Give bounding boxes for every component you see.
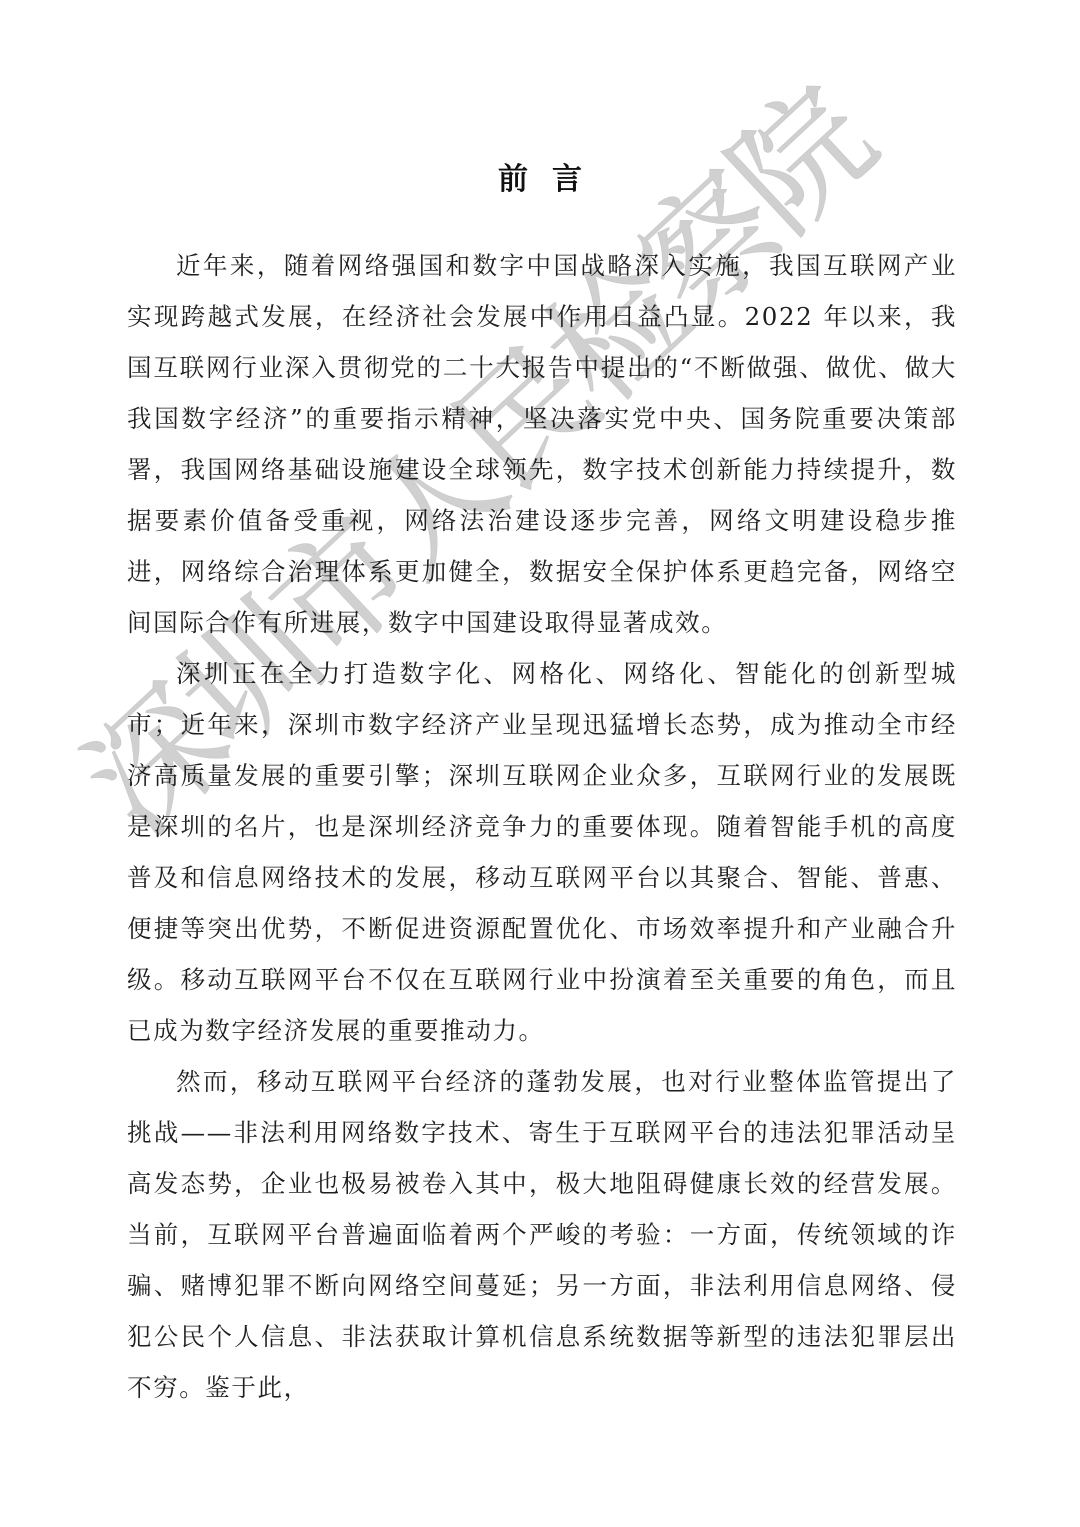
- document-page: 深圳市人民检察院 前言 近年来，随着网络强国和数字中国战略深入实施，我国互联网产…: [0, 0, 1080, 1527]
- paragraph-3: 然而，移动互联网平台经济的蓬勃发展，也对行业整体监管提出了挑战——非法利用网络数…: [127, 1056, 957, 1413]
- body-text: 近年来，随着网络强国和数字中国战略深入实施，我国互联网产业实现跨越式发展，在经济…: [127, 240, 957, 1413]
- paragraph-2: 深圳正在全力打造数字化、网格化、网络化、智能化的创新型城市；近年来，深圳市数字经…: [127, 648, 957, 1056]
- paragraph-1: 近年来，随着网络强国和数字中国战略深入实施，我国互联网产业实现跨越式发展，在经济…: [127, 240, 957, 648]
- page-title: 前言: [0, 160, 1080, 200]
